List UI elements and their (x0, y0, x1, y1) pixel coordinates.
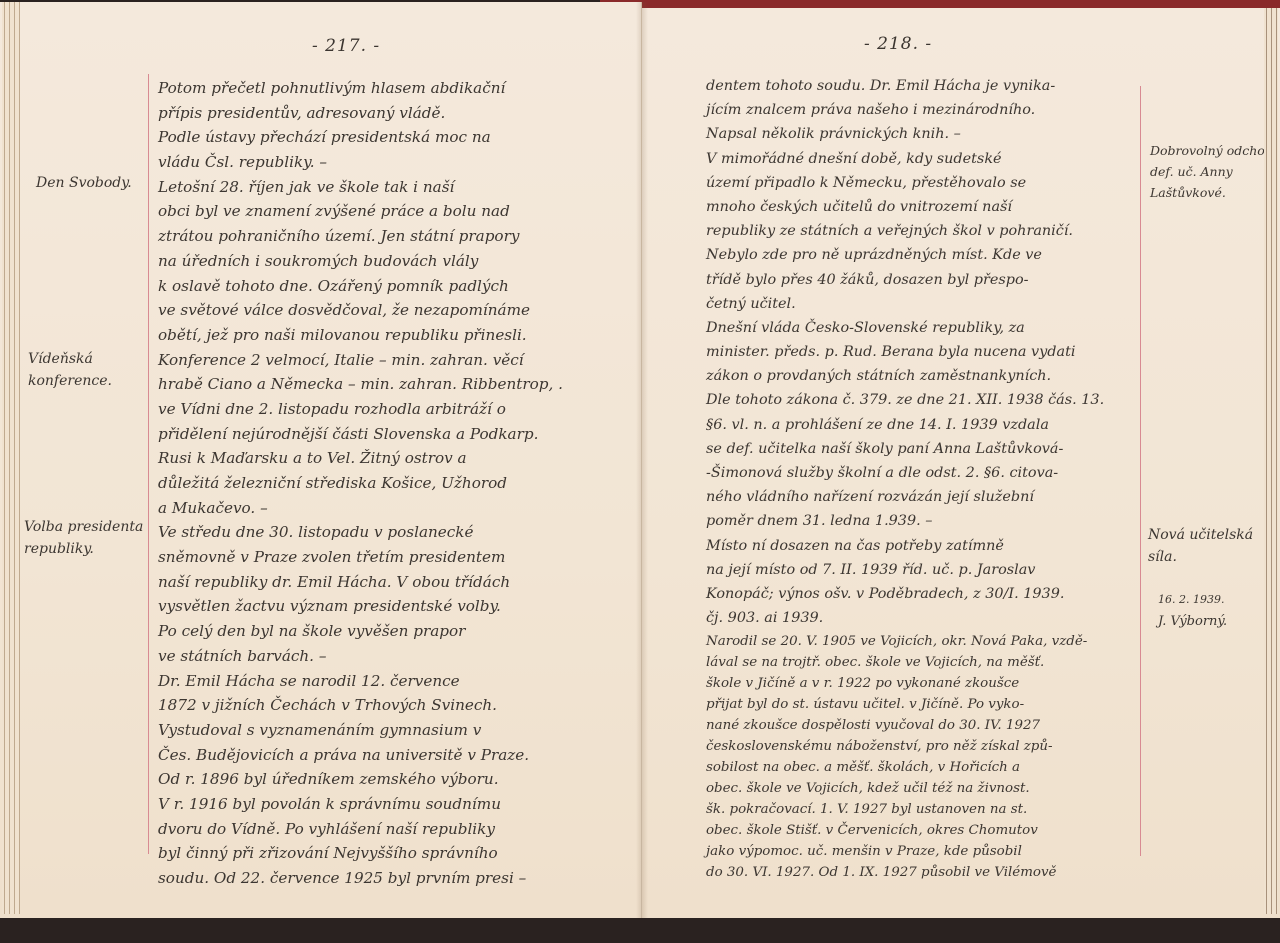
text-line: ve státních barvách. – (158, 644, 636, 669)
text-line: V mimořádné dnešní době, kdy sudetské (706, 147, 1142, 171)
text-line: Od r. 1896 byl úředníkem zemského výboru… (158, 767, 636, 792)
text-line: V r. 1916 byl povolán k správnímu soudní… (158, 792, 636, 817)
text-line: Po celý den byl na škole vyvěšen prapor (158, 619, 636, 644)
text-line: obec. škole ve Vojicích, kdež učil též n… (706, 777, 1142, 798)
text-line: československému náboženství, pro něž zí… (706, 735, 1142, 756)
text-line: Potom přečetl pohnutlivým hlasem abdikač… (158, 76, 636, 101)
text-line: dvoru do Vídně. Po vyhlášení naší republ… (158, 817, 636, 842)
margin-rule (148, 74, 149, 854)
text-line: Napsal několik právnických knih. – (706, 122, 1142, 146)
text-line: na úředních i soukromých budovách vlály (158, 249, 636, 274)
margin-note-dobrovolny-odchod: Dobrovolný odchod def. uč. Anny Laštůvko… (1150, 140, 1273, 203)
text-line: Rusi k Maďarsku a to Vel. Žitný ostrov a (158, 446, 636, 471)
text-line: soudu. Od 22. července 1925 byl prvním p… (158, 866, 636, 891)
text-line: Narodil se 20. V. 1905 ve Vojicích, okr.… (706, 630, 1142, 651)
text-line: republiky ze státních a veřejných škol v… (706, 219, 1142, 243)
text-line: šk. pokračovací. 1. V. 1927 byl ustanove… (706, 798, 1142, 819)
text-line: četný učitel. (706, 292, 1142, 316)
open-chronicle-book: - 217. - Den Svobody. Vídeňská konferenc… (0, 0, 1280, 920)
text-line: mnoho českých učitelů do vnitrozemí naší (706, 195, 1142, 219)
margin-note-volba-presidenta: Volba presidenta republiky. (24, 516, 143, 560)
text-line: naší republiky dr. Emil Hácha. V obou tř… (158, 570, 636, 595)
text-line: -Šimonová služby školní a dle odst. 2. §… (706, 461, 1142, 485)
text-line: ve světové válce dosvědčoval, že nezapom… (158, 298, 636, 323)
text-line: Místo ní dosazen na čas potřeby zatímně (706, 534, 1142, 558)
text-line: území připadlo k Německu, přestěhovalo s… (706, 171, 1142, 195)
margin-note-videnska-konference: Vídeňská konference. (28, 348, 112, 392)
text-line: přípis presidentův, adresovaný vládě. (158, 101, 636, 126)
text-line: Konopáč; výnos ošv. v Poděbradech, z 30/… (706, 582, 1142, 606)
book-spine (636, 2, 648, 918)
text-line: hrabě Ciano a Německa – min. zahran. Rib… (158, 372, 636, 397)
right-page: - 218. - Dobrovolný odchod def. uč. Anny… (642, 8, 1280, 918)
text-line: Letošní 28. říjen jak ve škole tak i naš… (158, 175, 636, 200)
margin-note-signature: 16. 2. 1939. J. Výborný. (1158, 592, 1227, 630)
text-line: vládu Čsl. republiky. – (158, 150, 636, 175)
text-line: byl činný při zřizování Nejvyššího správ… (158, 841, 636, 866)
text-line: Dr. Emil Hácha se narodil 12. července (158, 669, 636, 694)
text-line: důležitá železniční střediska Košice, Už… (158, 471, 636, 496)
text-line: třídě bylo přes 40 žáků, dosazen byl pře… (706, 268, 1142, 292)
left-page: - 217. - Den Svobody. Vídeňská konferenc… (0, 2, 642, 918)
page-number: - 218. - (864, 34, 932, 54)
margin-note-nova-ucitelska-sila: Nová učitelská síla. (1148, 524, 1253, 568)
text-line: obec. škole Stišť. v Červenicích, okres … (706, 819, 1142, 840)
text-line: nané zkoušce dospělosti vyučoval do 30. … (706, 714, 1142, 735)
text-line: zákon o provdaných státních zaměstnankyn… (706, 364, 1142, 388)
text-line: do 30. VI. 1927. Od 1. IX. 1927 působil … (706, 861, 1142, 882)
text-line: Dnešní vláda Česko-Slovenské republiky, … (706, 316, 1142, 340)
text-line: jako výpomoc. uč. menšin v Praze, kde pů… (706, 840, 1142, 861)
text-line: vysvětlen žactvu význam presidentské vol… (158, 594, 636, 619)
text-line: ve Vídni dne 2. listopadu rozhodla arbit… (158, 397, 636, 422)
text-line: dentem tohoto soudu. Dr. Emil Hácha je v… (706, 74, 1142, 98)
text-line: Podle ústavy přechází presidentská moc n… (158, 125, 636, 150)
text-line: 1872 v jižních Čechách v Trhových Svinec… (158, 693, 636, 718)
margin-note-den-svobody: Den Svobody. (36, 172, 132, 194)
text-line: přidělení nejúrodnější části Slovenska a… (158, 422, 636, 447)
page-number: - 217. - (312, 36, 380, 56)
text-line: k oslavě tohoto dne. Ozářený pomník padl… (158, 274, 636, 299)
text-line: obětí, jež pro naši milovanou republiku … (158, 323, 636, 348)
text-line: na její místo od 7. II. 1939 říd. uč. p.… (706, 558, 1142, 582)
text-line: Čes. Budějovicích a práva na universitě … (158, 743, 636, 768)
text-line: čj. 903. ai 1939. (706, 606, 1142, 630)
text-line: Dle tohoto zákona č. 379. ze dne 21. XII… (706, 388, 1142, 412)
text-line: jícím znalcem práva našeho i mezinárodní… (706, 98, 1142, 122)
text-line: sněmovně v Praze zvolen třetím president… (158, 545, 636, 570)
text-line: ného vládního nařízení rozvázán její slu… (706, 485, 1142, 509)
handwritten-text-block: Potom přečetl pohnutlivým hlasem abdikač… (158, 76, 636, 891)
text-line: Nebylo zde pro ně uprázdněných míst. Kde… (706, 243, 1142, 267)
handwritten-text-block: dentem tohoto soudu. Dr. Emil Hácha je v… (706, 74, 1142, 882)
text-line: obci byl ve znamení zvýšené práce a bolu… (158, 199, 636, 224)
text-line: lával se na trojtř. obec. škole ve Vojic… (706, 651, 1142, 672)
text-line: Ve středu dne 30. listopadu v poslanecké (158, 520, 636, 545)
text-line: sobilost na obec. a měšť. školách, v Hoř… (706, 756, 1142, 777)
text-line: Konference 2 velmocí, Italie – min. zahr… (158, 348, 636, 373)
text-line: škole v Jičíně a v r. 1922 po vykonané z… (706, 672, 1142, 693)
text-line: a Mukačevo. – (158, 496, 636, 521)
text-line: poměr dnem 31. ledna 1.939. – (706, 509, 1142, 533)
text-line: se def. učitelka naší školy paní Anna La… (706, 437, 1142, 461)
text-line: ztrátou pohraničního území. Jen státní p… (158, 224, 636, 249)
text-line: minister. předs. p. Rud. Berana byla nuc… (706, 340, 1142, 364)
text-line: Vystudoval s vyznamenáním gymnasium v (158, 718, 636, 743)
text-line: §6. vl. n. a prohlášení ze dne 14. I. 19… (706, 413, 1142, 437)
text-line: přijat byl do st. ústavu učitel. v Jičín… (706, 693, 1142, 714)
